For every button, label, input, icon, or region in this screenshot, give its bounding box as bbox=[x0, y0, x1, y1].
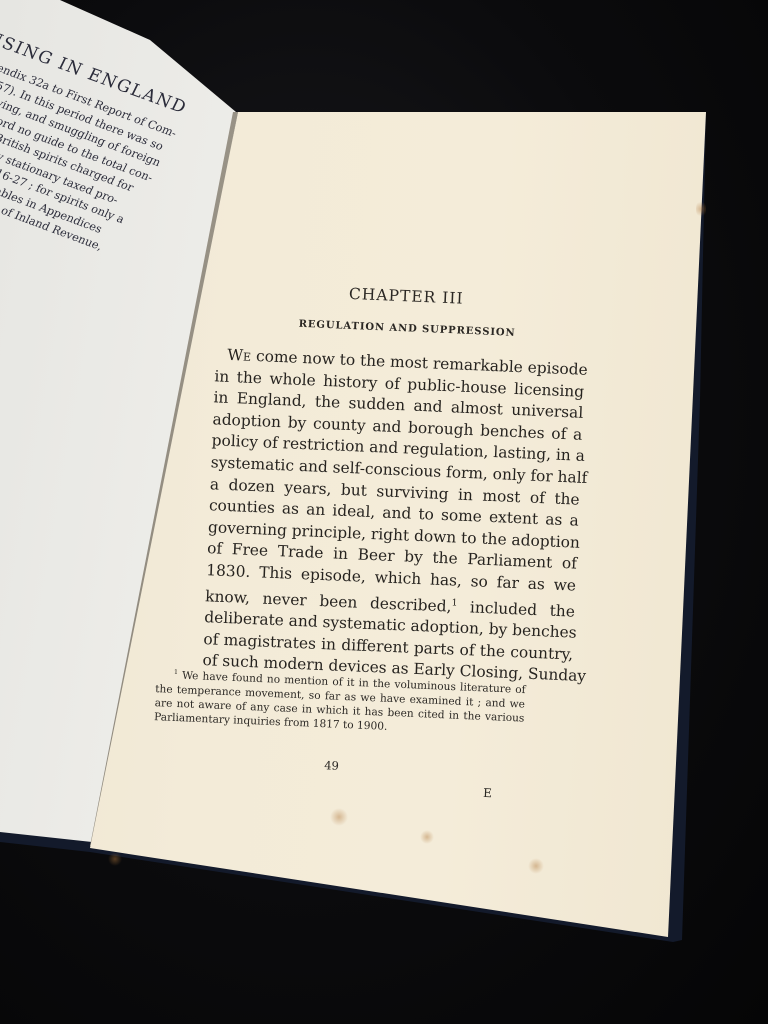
chapter-body: We come now to the most remarkable episo… bbox=[202, 344, 585, 687]
foxing-stain bbox=[696, 200, 706, 218]
signature-mark: E bbox=[483, 786, 492, 800]
drop-word: We bbox=[227, 346, 252, 365]
book-photo: NSING IN ENGLAND pendix 32a to First Rep… bbox=[0, 0, 768, 1024]
foxing-stain bbox=[108, 852, 122, 866]
page-number: 49 bbox=[324, 758, 339, 773]
foxing-stain bbox=[330, 808, 348, 826]
foxing-stain bbox=[528, 858, 544, 874]
foxing-stain bbox=[420, 830, 434, 844]
